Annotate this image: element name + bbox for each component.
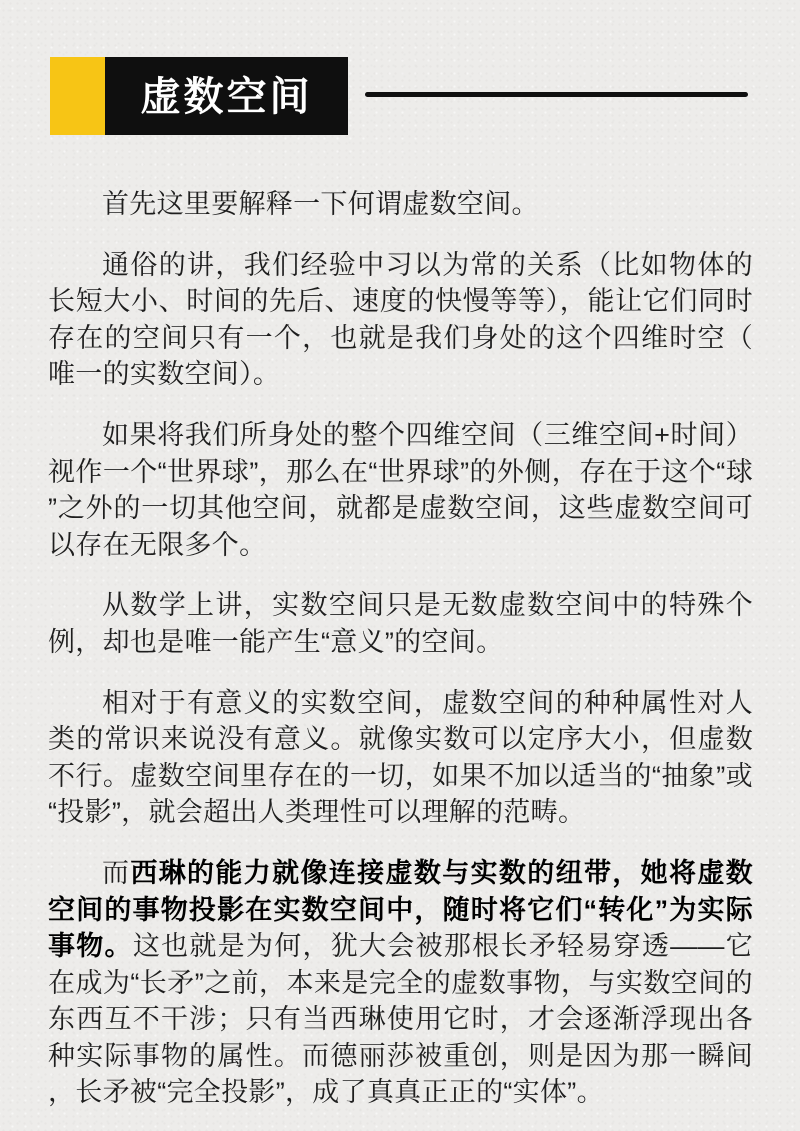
title-banner: 虚数空间 [105,57,348,135]
paragraph-world-sphere: 如果将我们所身处的整个四维空间（三维空间+时间）视作一个“世界球”，那么在“世界… [48,417,753,563]
article-body: 首先这里要解释一下何谓虚数空间。 通俗的讲，我们经验中习以为常的关系（比如物体的… [48,186,753,1131]
paragraph-final-rest: 这也就是为何，犹大会被那根长矛轻易穿透——它在成为“长矛”之前，本来是完全的虚数… [48,931,753,1107]
paragraph-common-relations: 通俗的讲，我们经验中习以为常的关系（比如物体的长短大小、时间的先后、速度的快慢等… [48,247,753,393]
divider-line [365,92,748,97]
paragraph-properties: 相对于有意义的实数空间，虚数空间的种种属性对人类的常识来说没有意义。就像实数可以… [48,685,753,831]
paragraph-intro: 首先这里要解释一下何谓虚数空间。 [48,186,753,223]
page: 虚数空间 首先这里要解释一下何谓虚数空间。 通俗的讲，我们经验中习以为常的关系（… [0,0,800,1131]
yellow-accent-block [50,57,105,135]
page-title: 虚数空间 [141,75,313,117]
paragraph-math-view: 从数学上讲，实数空间只是无数虚数空间中的特殊个例，却也是唯一能产生“意义”的空间… [48,587,753,660]
paragraph-final: 而西琳的能力就像连接虚数与实数的纽带，她将虚数空间的事物投影在实数空间中，随时将… [48,855,753,1111]
title-header: 虚数空间 [50,57,348,135]
paragraph-final-lead: 而 [102,858,130,888]
